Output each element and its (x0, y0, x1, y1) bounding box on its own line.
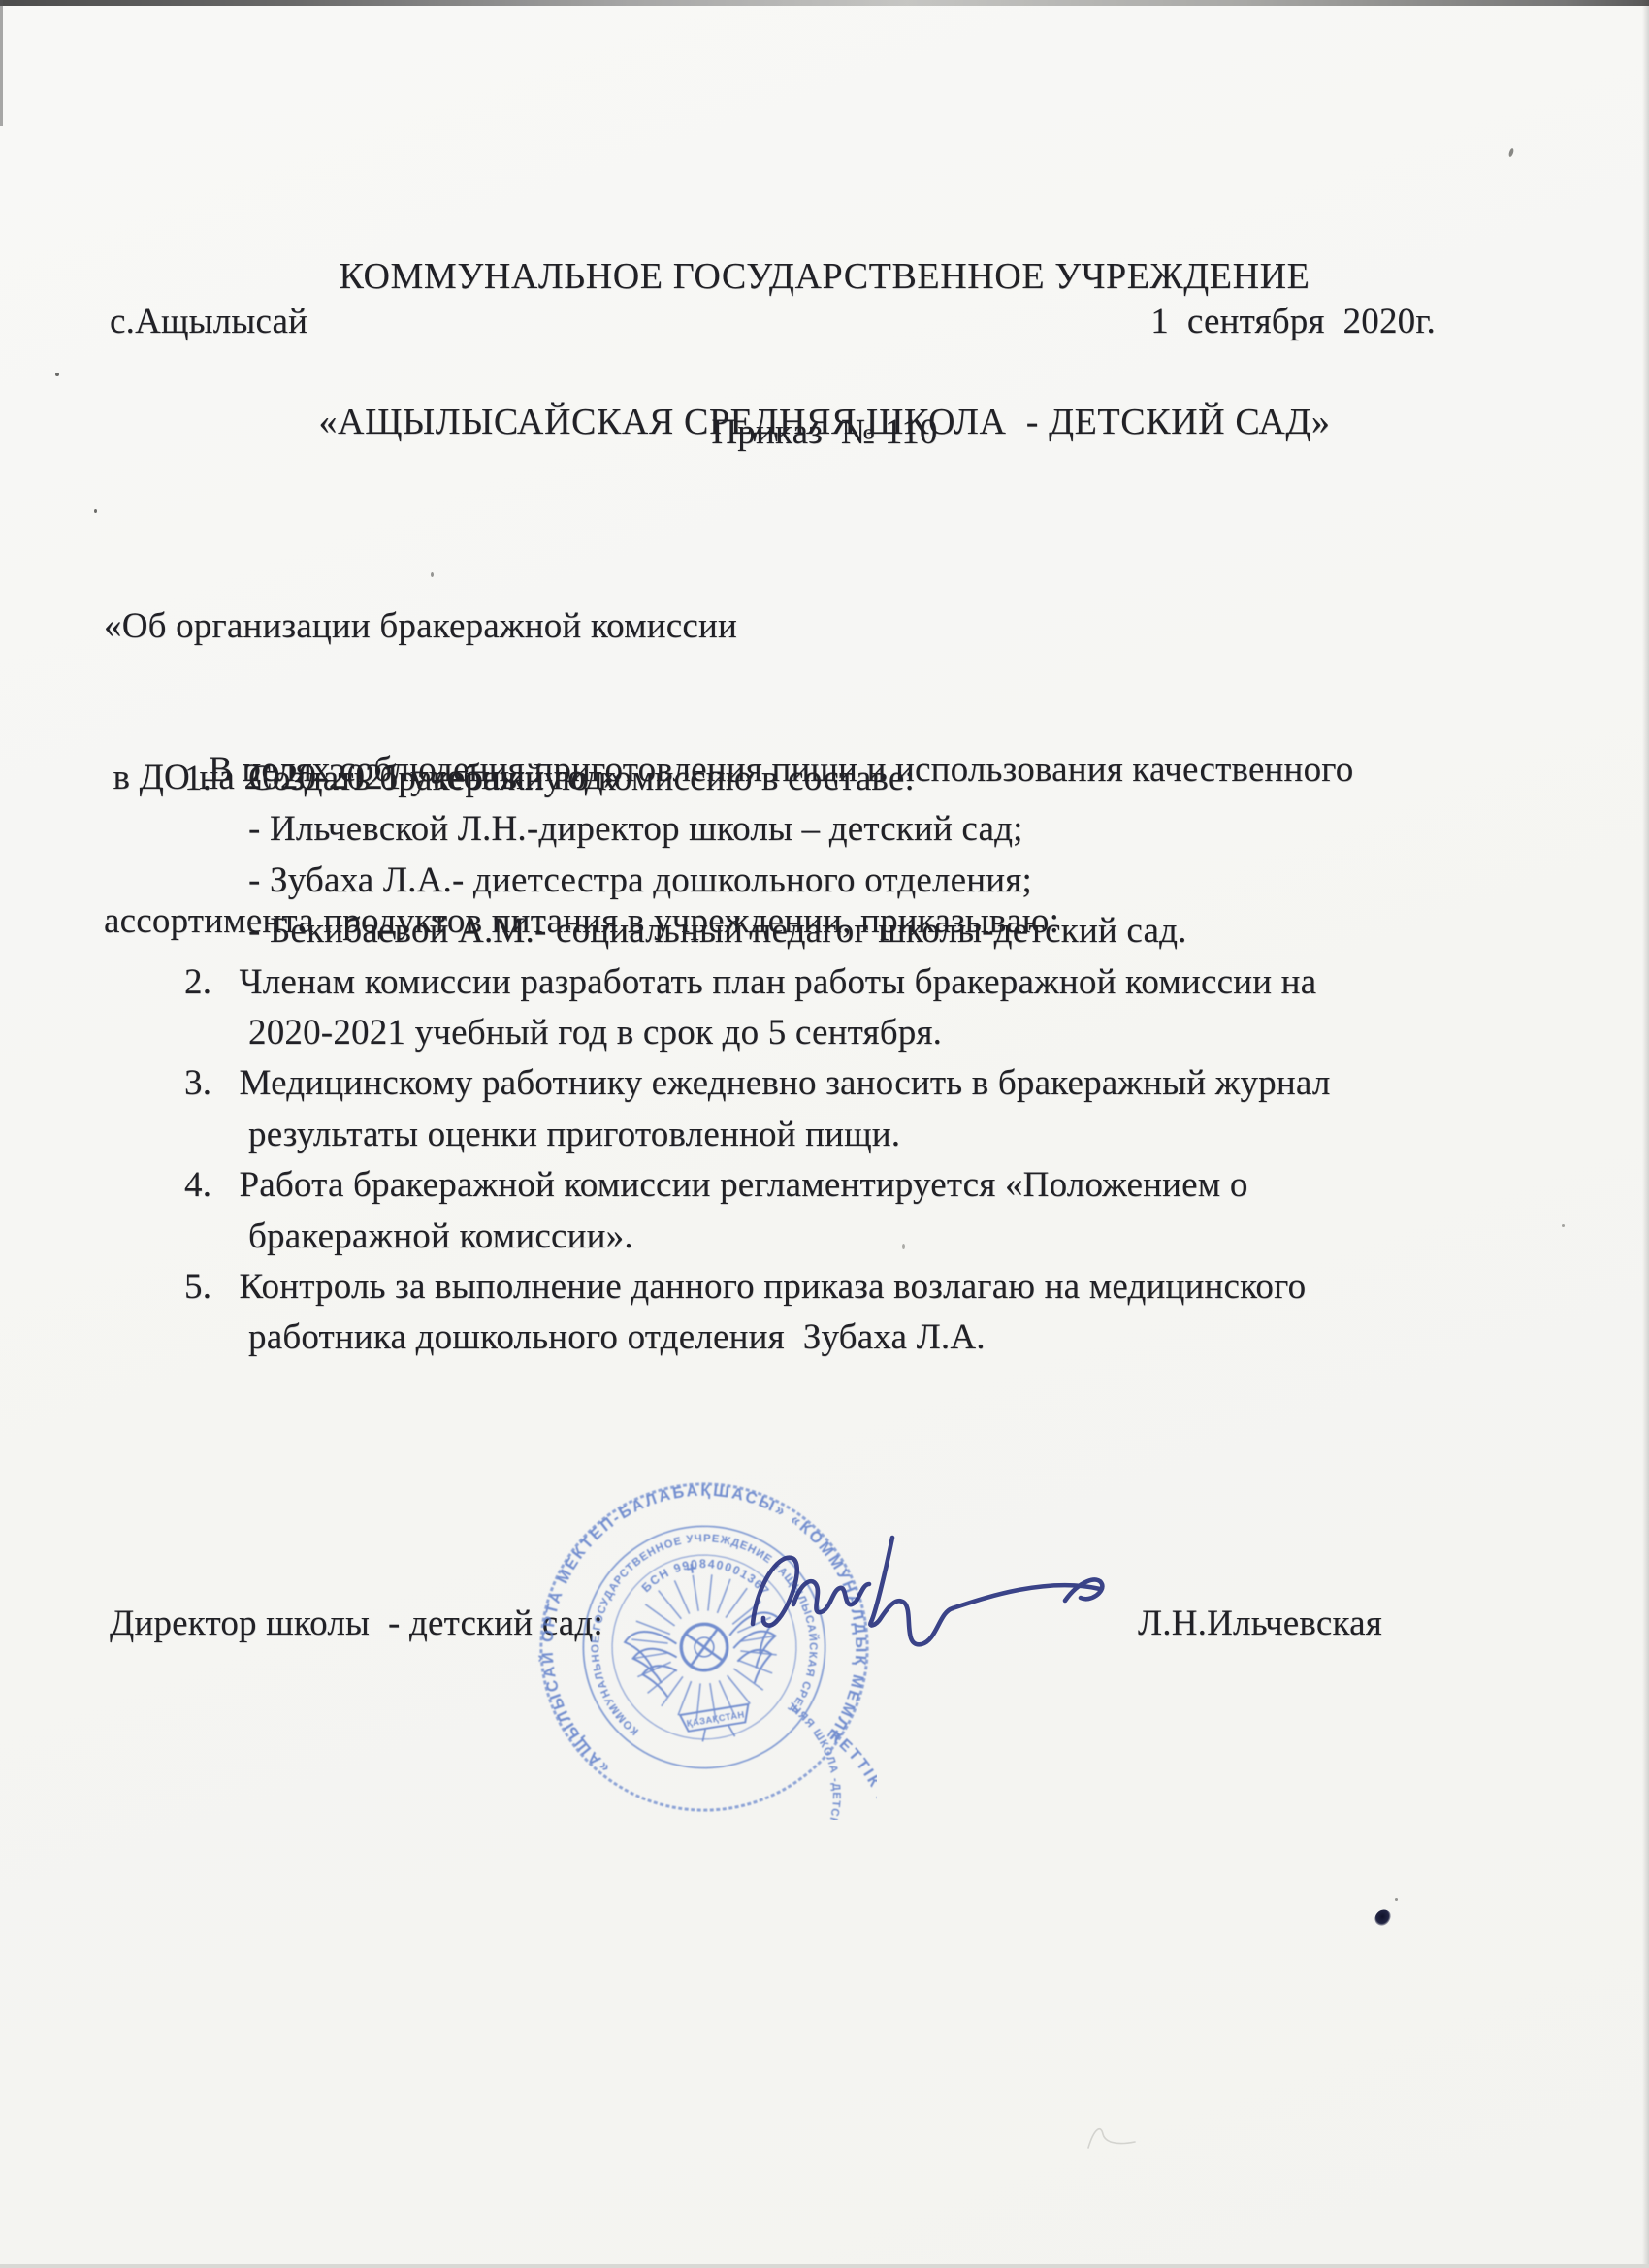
order-item-line: результаты оценки приготовленной пищи. (184, 1110, 1503, 1160)
signature-stroke (793, 1581, 869, 1612)
scan-speck (55, 373, 59, 376)
order-item-line: - Бекибаевой А.М.- социальный педагог шк… (184, 906, 1503, 956)
director-signature (737, 1525, 1125, 1670)
emblem-shanyrak (678, 1621, 730, 1673)
place-date-row: с.Ащылысай 1 сентября 2020г. (110, 301, 1436, 342)
scan-edge-top (0, 0, 1649, 6)
order-item-line: 1. Создать бракеражную комиссию в состав… (184, 754, 1503, 804)
order-number: Приказ № 110 (0, 411, 1649, 453)
signature-stroke (870, 1538, 953, 1644)
scan-speck (1562, 1224, 1565, 1227)
order-items: 1. Создать бракеражную комиссию в состав… (184, 754, 1503, 1364)
scan-speck (94, 509, 97, 513)
emblem-wing-left (624, 1627, 685, 1702)
signer-name: Л.Н.Ильчевская (1138, 1603, 1382, 1644)
order-item-line: - Зубаха Л.А.- диетсестра дошкольного от… (184, 856, 1503, 906)
scan-speck (1395, 1898, 1398, 1901)
place-label: с.Ащылысай (110, 301, 307, 342)
scan-speck (431, 572, 434, 577)
emblem-banner-text: ҚАЗАҚСТАН (686, 1709, 746, 1729)
order-item-line: 5. Контроль за выполнение данного приказ… (184, 1262, 1503, 1312)
order-item-line: 4. Работа бракеражной комиссии регламент… (184, 1160, 1503, 1211)
date-label: 1 сентября 2020г. (1150, 301, 1436, 342)
order-item-line: 2. Членам комиссии разработать план рабо… (184, 957, 1503, 1008)
scan-edge-left (0, 0, 3, 126)
order-item-line: бракеражной комиссии». (184, 1212, 1503, 1262)
org-header: КОММУНАЛЬНОЕ ГОСУДАРСТВЕННОЕ УЧРЕЖДЕНИЕ … (0, 155, 1649, 543)
ink-blot (1373, 1907, 1393, 1928)
pencil-squiggle (1084, 2122, 1143, 2154)
order-item-line: 3. Медицинскому работнику ежедневно зано… (184, 1058, 1503, 1109)
scan-edge-bottom (0, 2264, 1649, 2268)
scan-speck (902, 1244, 905, 1249)
order-item-line: 2020-2021 учебный год в срок до 5 сентяб… (184, 1008, 1503, 1058)
order-item-line: работника дошкольного отделения Зубаха Л… (184, 1312, 1503, 1363)
order-item-line: - Ильчевской Л.Н.-директор школы – детск… (184, 804, 1503, 855)
scanned-order-page: КОММУНАЛЬНОЕ ГОСУДАРСТВЕННОЕ УЧРЕЖДЕНИЕ … (0, 0, 1649, 2268)
signature-stroke (753, 1558, 797, 1626)
signer-role: Директор школы - детский сад: (110, 1603, 603, 1644)
org-name-line1: КОММУНАЛЬНОЕ ГОСУДАРСТВЕННОЕ УЧРЕЖДЕНИЕ (0, 252, 1649, 301)
